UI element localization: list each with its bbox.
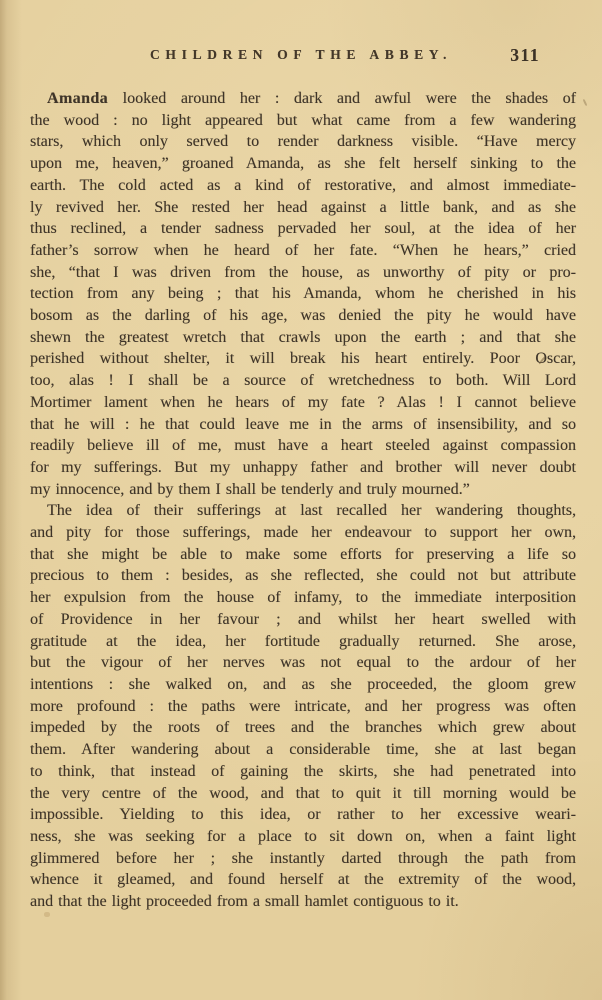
page-header: CHILDREN OF THE ABBEY. 311 bbox=[0, 47, 602, 69]
text-line: of Providence in her favour ; and whilst… bbox=[30, 609, 576, 631]
text-line: ly revived her. She rested her head agai… bbox=[30, 197, 576, 219]
text-line: Mortimer lament when he hears of my fate… bbox=[30, 392, 576, 414]
text-line: whence it gleamed, and found herself at … bbox=[30, 869, 576, 891]
text-line: tection from any being ; that his Amanda… bbox=[30, 283, 576, 305]
text-line: bosom as the darling of his age, was den… bbox=[30, 305, 576, 327]
text-line: father’s sorrow when he heard of her fat… bbox=[30, 240, 576, 262]
text-line: that he will : he that could leave me in… bbox=[30, 414, 576, 436]
text-line: and pity for those sufferings, made her … bbox=[30, 522, 576, 544]
text-line: my innocence, and by them I shall be ten… bbox=[30, 479, 576, 501]
text-line: the wood : no light appeared but what ca… bbox=[30, 110, 576, 132]
text-line: shewn the greatest wretch that crawls up… bbox=[30, 327, 576, 349]
paper-speck bbox=[583, 99, 588, 106]
text-block: Amanda looked around her : dark and awfu… bbox=[30, 88, 576, 913]
book-page: CHILDREN OF THE ABBEY. 311 Amanda looked… bbox=[0, 0, 602, 1000]
running-title: CHILDREN OF THE ABBEY. bbox=[150, 47, 452, 63]
paper-speck bbox=[44, 912, 50, 917]
text-line: The idea of their sufferings at last rec… bbox=[30, 500, 576, 522]
text-line: glimmered before her ; she instantly dar… bbox=[30, 848, 576, 870]
paragraph: Amanda looked around her : dark and awfu… bbox=[30, 88, 576, 500]
text-line: that she might be able to make some effo… bbox=[30, 544, 576, 566]
text-line: perished without shelter, it will break … bbox=[30, 348, 576, 370]
text-line: her expulsion from the house of infamy, … bbox=[30, 587, 576, 609]
text-line: more profound : the paths were intricate… bbox=[30, 696, 576, 718]
lead-word: Amanda bbox=[47, 90, 108, 107]
text-line: gratitude at the idea, her fortitude gra… bbox=[30, 631, 576, 653]
text-line: and that the light proceeded from a smal… bbox=[30, 891, 576, 913]
text-line: precious to them : besides, as she refle… bbox=[30, 565, 576, 587]
text-line: thus reclined, a tender sadness pervaded… bbox=[30, 218, 576, 240]
text-line: intentions : she walked on, and as she p… bbox=[30, 674, 576, 696]
paragraph: The idea of their sufferings at last rec… bbox=[30, 500, 576, 912]
text-line: but the vigour of her nerves was not equ… bbox=[30, 652, 576, 674]
page-number: 311 bbox=[510, 45, 540, 66]
text-line: to think, that instead of gaining the sk… bbox=[30, 761, 576, 783]
text-line: ness, she was seeking for a place to sit… bbox=[30, 826, 576, 848]
text-line: readily believe ill of me, must have a h… bbox=[30, 435, 576, 457]
text-line: impeded by the roots of trees and the br… bbox=[30, 717, 576, 739]
text-line: Amanda looked around her : dark and awfu… bbox=[30, 88, 576, 110]
text-line: upon me, heaven,” groaned Amanda, as she… bbox=[30, 153, 576, 175]
text-line: the very centre of the wood, and that to… bbox=[30, 783, 576, 805]
text-line: stars, which only served to render darkn… bbox=[30, 131, 576, 153]
text-line: too, alas ! I shall be a source of wretc… bbox=[30, 370, 576, 392]
text-line: earth. The cold acted as a kind of resto… bbox=[30, 175, 576, 197]
text-line: for my sufferings. But my unhappy father… bbox=[30, 457, 576, 479]
text-line: she, “that I was driven from the house, … bbox=[30, 262, 576, 284]
text-line: impossible. Yielding to this idea, or ra… bbox=[30, 804, 576, 826]
text-line: them. After wandering about a considerab… bbox=[30, 739, 576, 761]
